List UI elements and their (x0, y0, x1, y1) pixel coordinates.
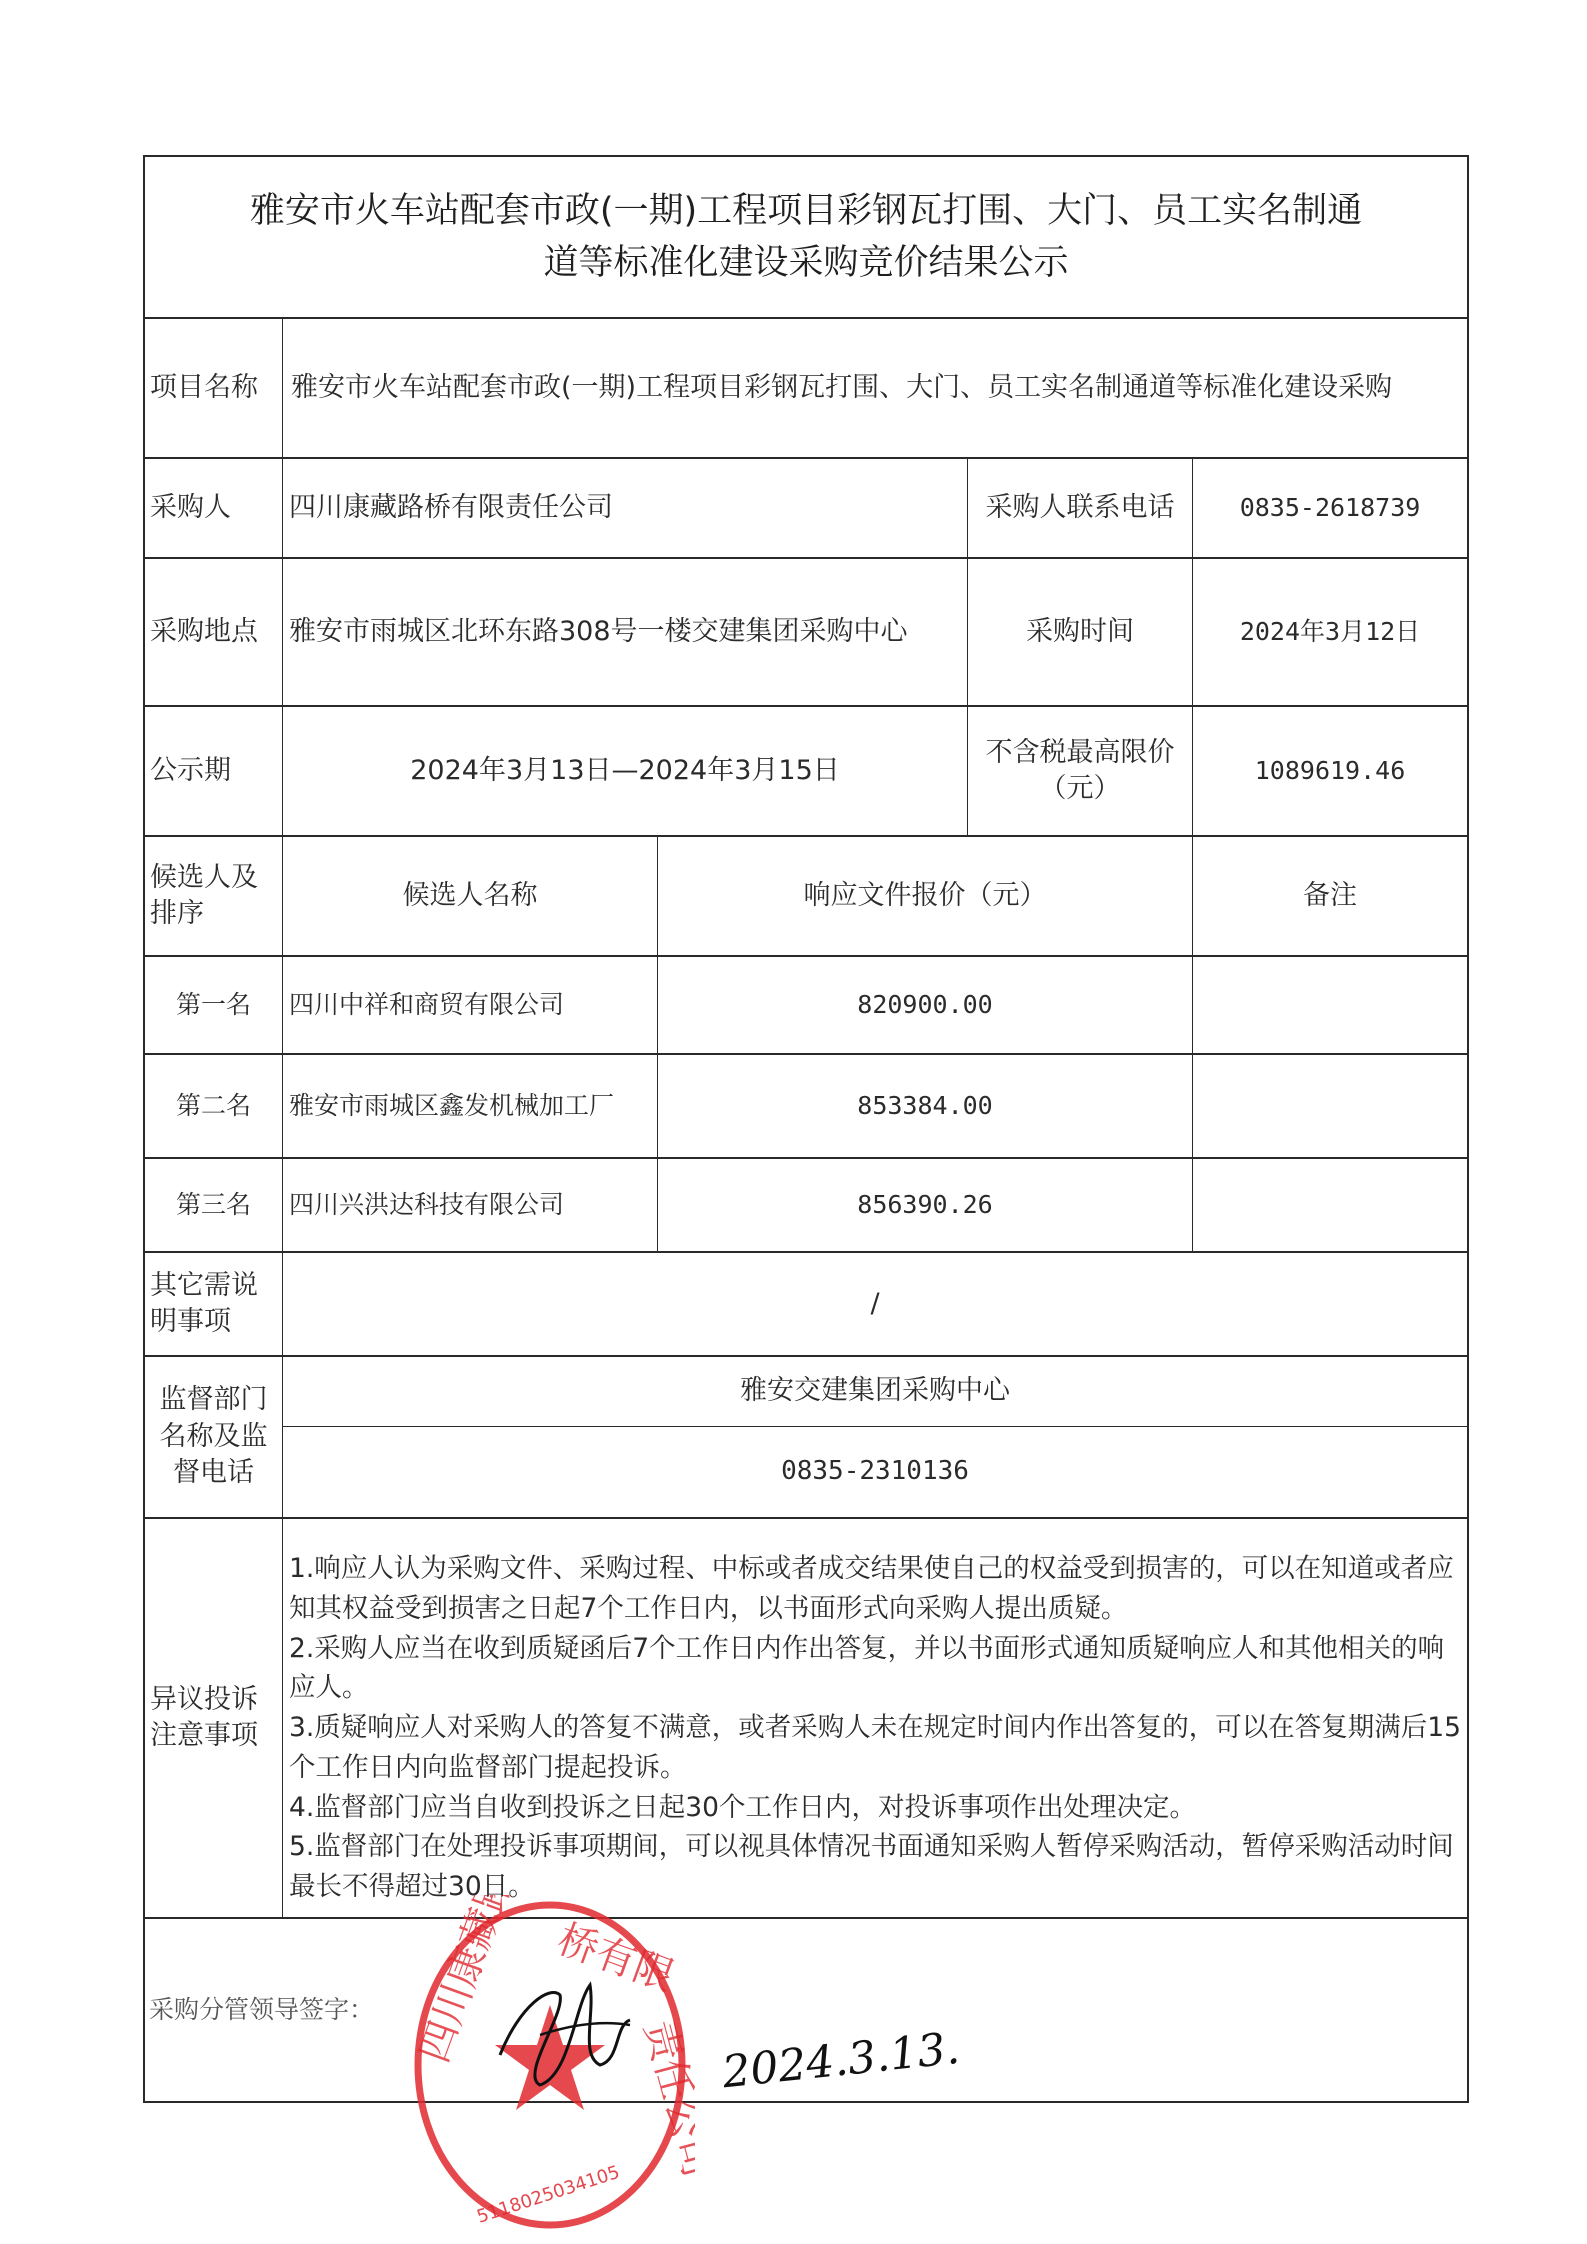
other-value: / (282, 1253, 1467, 1355)
svg-text:5118025034105: 5118025034105 (474, 2162, 622, 2228)
candidate-price: 856390.26 (657, 1159, 1192, 1251)
complaint-item-1: 1.响应人认为采购文件、采购过程、中标或者成交结果使自己的权益受到损害的，可以在… (289, 1549, 1461, 1629)
publicity-label: 公示期 (145, 707, 282, 835)
table-row: 第三名 四川兴洪达科技有限公司 856390.26 (145, 1157, 1467, 1251)
header-remark: 备注 (1192, 837, 1467, 955)
purchaser-label: 采购人 (145, 459, 282, 557)
row-candidates-header: 候选人及排序 候选人名称 响应文件报价（元） 备注 (145, 835, 1467, 955)
table-row: 第一名 四川中祥和商贸有限公司 820900.00 (145, 955, 1467, 1053)
row-purchaser: 采购人 四川康藏路桥有限责任公司 采购人联系电话 0835-2618739 (145, 457, 1467, 557)
candidate-name: 四川兴洪达科技有限公司 (282, 1159, 657, 1251)
candidate-remark (1192, 1159, 1467, 1251)
complaint-item-3: 3.质疑响应人对采购人的答复不满意，或者采购人未在规定时间内作出答复的，可以在答… (289, 1708, 1461, 1788)
time-value: 2024年3月12日 (1192, 559, 1467, 705)
header-quote-price: 响应文件报价（元） (657, 837, 1192, 955)
publicity-value: 2024年3月13日—2024年3月15日 (282, 707, 967, 835)
purchaser-phone-value: 0835-2618739 (1192, 459, 1467, 557)
candidate-rank: 第一名 (145, 957, 282, 1053)
row-other: 其它需说明事项 / (145, 1251, 1467, 1355)
title-line-2: 道等标准化建设采购竞价结果公示 (250, 237, 1362, 290)
row-publicity: 公示期 2024年3月13日—2024年3月15日 不含税最高限价（元） 108… (145, 705, 1467, 835)
row-complaints: 异议投诉注意事项 1.响应人认为采购文件、采购过程、中标或者成交结果使自己的权益… (145, 1517, 1467, 1917)
complaints-list: 1.响应人认为采购文件、采购过程、中标或者成交结果使自己的权益受到损害的，可以在… (282, 1519, 1467, 1917)
complaint-item-5: 5.监督部门在处理投诉事项期间，可以视具体情况书面通知采购人暂停采购活动，暂停采… (289, 1827, 1461, 1907)
candidate-name: 雅安市雨城区鑫发机械加工厂 (282, 1055, 657, 1157)
project-name-value: 雅安市火车站配套市政(一期)工程项目彩钢瓦打围、大门、员工实名制通道等标准化建设… (282, 319, 1467, 457)
location-label: 采购地点 (145, 559, 282, 705)
candidate-price: 820900.00 (657, 957, 1192, 1053)
candidate-name: 四川中祥和商贸有限公司 (282, 957, 657, 1053)
notice-table: 雅安市火车站配套市政(一期)工程项目彩钢瓦打围、大门、员工实名制通 道等标准化建… (143, 155, 1469, 2103)
page-title: 雅安市火车站配套市政(一期)工程项目彩钢瓦打围、大门、员工实名制通 道等标准化建… (145, 157, 1467, 317)
candidate-rank: 第二名 (145, 1055, 282, 1157)
supervision-phone: 0835-2310136 (283, 1427, 1467, 1517)
row-supervision: 监督部门名称及监督电话 雅安交建集团采购中心 0835-2310136 (145, 1355, 1467, 1517)
complaints-label: 异议投诉注意事项 (145, 1519, 273, 1917)
supervision-label: 监督部门名称及监督电话 (145, 1357, 282, 1517)
title-line-1: 雅安市火车站配套市政(一期)工程项目彩钢瓦打围、大门、员工实名制通 (250, 185, 1362, 238)
purchaser-phone-label: 采购人联系电话 (967, 459, 1192, 557)
time-label: 采购时间 (967, 559, 1192, 705)
candidate-price: 853384.00 (657, 1055, 1192, 1157)
signature-label: 采购分管领导签字： (145, 1919, 374, 2101)
max-price-value: 1089619.46 (1192, 707, 1467, 835)
candidate-remark (1192, 1055, 1467, 1157)
location-value: 雅安市雨城区北环东路308号一楼交建集团采购中心 (282, 559, 967, 705)
max-price-label: 不含税最高限价（元） (967, 707, 1192, 835)
header-candidate-name: 候选人名称 (282, 837, 657, 955)
purchaser-value: 四川康藏路桥有限责任公司 (282, 459, 967, 557)
candidate-rank: 第三名 (145, 1159, 282, 1251)
row-location: 采购地点 雅安市雨城区北环东路308号一楼交建集团采购中心 采购时间 2024年… (145, 557, 1467, 705)
project-name-label: 项目名称 (145, 319, 282, 457)
supervision-dept: 雅安交建集团采购中心 (283, 1357, 1467, 1427)
table-row: 第二名 雅安市雨城区鑫发机械加工厂 853384.00 (145, 1053, 1467, 1157)
row-project-name: 项目名称 雅安市火车站配套市政(一期)工程项目彩钢瓦打围、大门、员工实名制通道等… (145, 317, 1467, 457)
complaint-item-2: 2.采购人应当在收到质疑函后7个工作日内作出答复，并以书面形式通知质疑响应人和其… (289, 1629, 1461, 1709)
candidate-remark (1192, 957, 1467, 1053)
complaint-item-4: 4.监督部门应当自收到投诉之日起30个工作日内，对投诉事项作出处理决定。 (289, 1788, 1461, 1828)
row-signature: 采购分管领导签字： (145, 1917, 1467, 2101)
candidates-section-label: 候选人及排序 (145, 837, 275, 955)
other-label: 其它需说明事项 (145, 1253, 273, 1355)
